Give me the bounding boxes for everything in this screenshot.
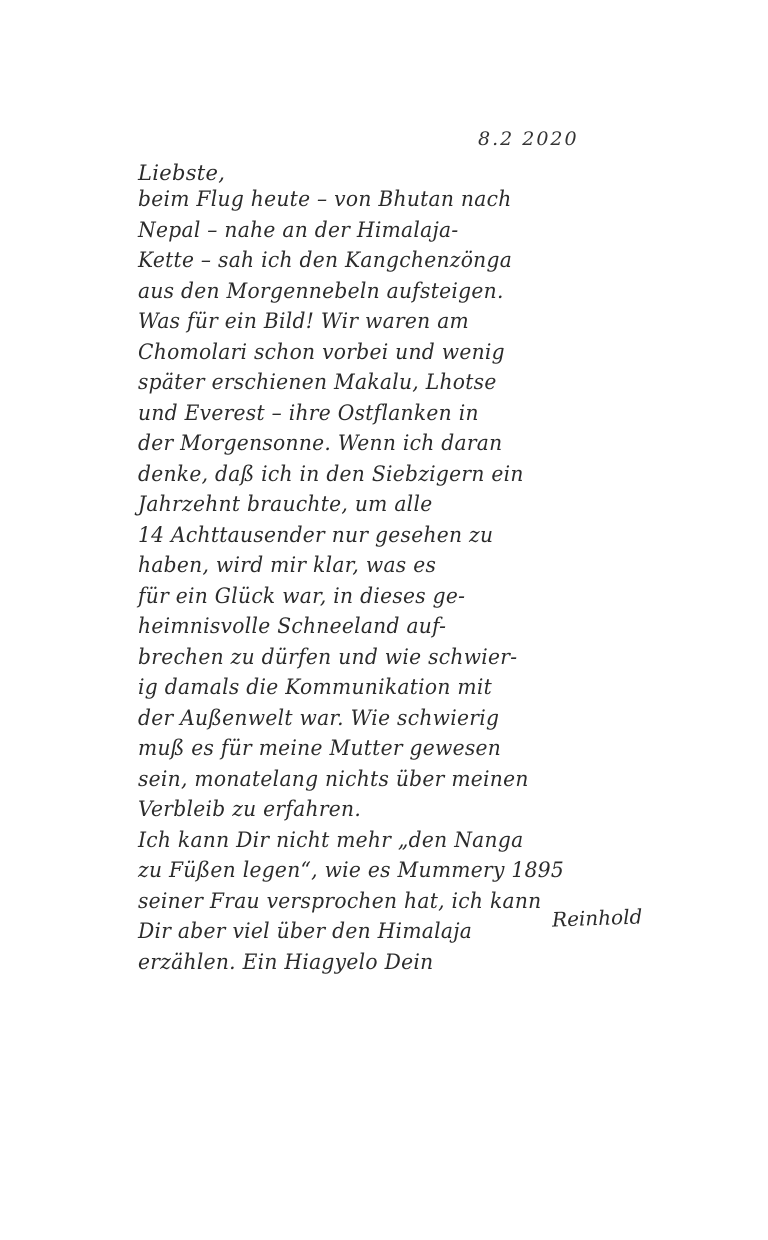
salutation: Liebste,	[138, 162, 678, 184]
letter-line: der Morgensonne. Wenn ich daran	[138, 428, 658, 459]
letter-line: muß es für meine Mutter gewesen	[138, 733, 658, 764]
letter-line: beim Flug heute – von Bhutan nach	[138, 184, 658, 215]
letter-line: zu Füßen legen“, wie es Mummery 1895	[138, 855, 658, 886]
letter-line: sein, monatelang nichts über meinen	[138, 764, 658, 795]
letter-line: ig damals die Kommunikation mit	[138, 672, 658, 703]
letter-line: haben, wird mir klar, was es	[138, 550, 658, 581]
letter-line: Nepal – nahe an der Himalaja-	[138, 215, 658, 246]
letter-line: später erschienen Makalu, Lhotse	[138, 367, 658, 398]
letter-line: denke, daß ich in den Siebzigern ein	[138, 459, 658, 490]
letter-line: heimnisvolle Schneeland auf-	[138, 611, 658, 642]
letter-page: 8.2 2020 Liebste, beim Flug heute – von …	[0, 0, 768, 1240]
letter-line: für ein Glück war, in dieses ge-	[138, 581, 658, 612]
letter-line: Was für ein Bild! Wir waren am	[138, 306, 658, 337]
letter-body: Liebste, beim Flug heute – von Bhutan na…	[138, 162, 678, 977]
letter-line: erzählen. Ein Hiagyelo Dein	[138, 947, 658, 978]
letter-line: Jahrzehnt brauchte, um alle	[138, 489, 658, 520]
letter-line: und Everest – ihre Ostflanken in	[138, 398, 658, 429]
letter-line: Kette – sah ich den Kangchenzönga	[138, 245, 658, 276]
signature: Reinhold	[552, 904, 643, 931]
letter-line: Verbleib zu erfahren.	[138, 794, 658, 825]
letter-line: aus den Morgennebeln aufsteigen.	[138, 276, 658, 307]
letter-line: 14 Achttausender nur gesehen zu	[138, 520, 658, 551]
letter-line: brechen zu dürfen und wie schwier-	[138, 642, 658, 673]
letter-line: der Außenwelt war. Wie schwierig	[138, 703, 658, 734]
letter-date: 8.2 2020	[478, 128, 579, 150]
letter-line: Ich kann Dir nicht mehr „den Nanga	[138, 825, 658, 856]
letter-line: Chomolari schon vorbei und wenig	[138, 337, 658, 368]
